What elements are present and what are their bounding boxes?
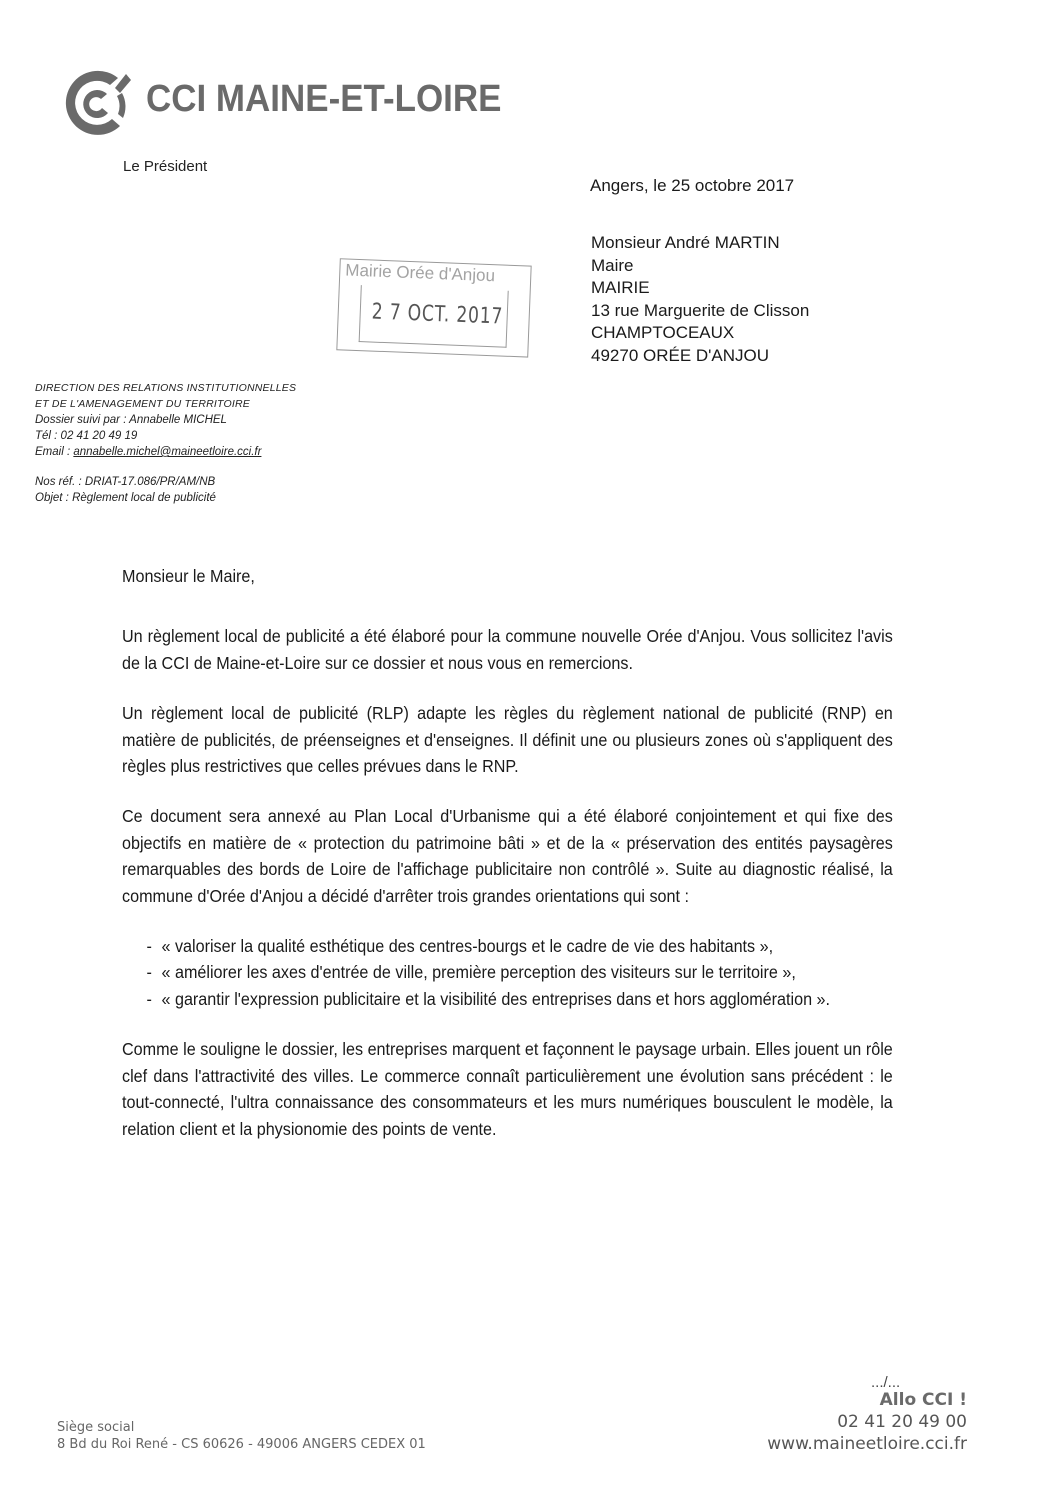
hotline-phone: 02 41 20 49 00 bbox=[837, 1412, 967, 1432]
salutation: Monsieur le Maire, bbox=[122, 563, 893, 589]
paragraph: Comme le souligne le dossier, les entrep… bbox=[122, 1036, 893, 1142]
subject-line: Objet : Règlement local de publicité bbox=[35, 490, 296, 506]
recipient-locality: CHAMPTOCEAUX bbox=[591, 322, 809, 345]
list-item: -« garantir l'expression publicitaire et… bbox=[122, 986, 893, 1012]
headquarters-address: 8 Bd du Roi René - CS 60626 - 49006 ANGE… bbox=[57, 1437, 426, 1452]
sender-title: Le Président bbox=[123, 158, 207, 175]
recipient-role: Maire bbox=[591, 255, 809, 278]
list-item-text: « valoriser la qualité esthétique des ce… bbox=[161, 936, 773, 956]
stamp-date: 2 7 OCT. 2017 bbox=[371, 300, 503, 330]
list-item: -« valoriser la qualité esthétique des c… bbox=[122, 933, 893, 959]
bullet-dash: - bbox=[122, 933, 161, 959]
continued-marker: .../... bbox=[871, 1374, 900, 1391]
contact-email-line: Email : annabelle.michel@maineetloire.cc… bbox=[35, 444, 296, 460]
website-link[interactable]: www.maineetloire.cci.fr bbox=[767, 1434, 967, 1454]
organization-name: CCI MAINE-ET-LOIRE bbox=[146, 78, 501, 121]
headquarters-label: Siège social bbox=[57, 1420, 134, 1435]
recipient-city: 49270 ORÉE D'ANJOU bbox=[591, 345, 809, 368]
email-label: Email : bbox=[35, 446, 73, 458]
department-line-2: ET DE L'AMENAGEMENT DU TERRITOIRE bbox=[35, 396, 296, 412]
recipient-street: 13 rue Marguerite de Clisson bbox=[591, 300, 809, 323]
list-item: -« améliorer les axes d'entrée de ville,… bbox=[122, 959, 893, 985]
bullet-dash: - bbox=[122, 959, 161, 985]
contact-phone: Tél : 02 41 20 49 19 bbox=[35, 428, 296, 444]
followed-by: Dossier suivi par : Annabelle MICHEL bbox=[35, 412, 296, 428]
reception-stamp: Mairie Orée d'Anjou 2 7 OCT. 2017 bbox=[336, 254, 536, 361]
recipient-organization: MAIRIE bbox=[591, 277, 809, 300]
list-item-text: « améliorer les axes d'entrée de ville, … bbox=[161, 962, 795, 982]
paragraph: Un règlement local de publicité a été él… bbox=[122, 623, 893, 676]
cci-logo-icon bbox=[60, 66, 134, 140]
paragraph: Ce document sera annexé au Plan Local d'… bbox=[122, 803, 893, 909]
department-line-1: DIRECTION DES RELATIONS INSTITUTIONNELLE… bbox=[35, 380, 296, 396]
reference-block: DIRECTION DES RELATIONS INSTITUTIONNELLE… bbox=[35, 380, 296, 506]
paragraph: Un règlement local de publicité (RLP) ad… bbox=[122, 700, 893, 779]
letter-body: Monsieur le Maire, Un règlement local de… bbox=[122, 563, 893, 1166]
hotline-label: Allo CCI ! bbox=[880, 1390, 967, 1410]
recipient-address: Monsieur André MARTIN Maire MAIRIE 13 ru… bbox=[591, 232, 809, 367]
email-link[interactable]: annabelle.michel@maineetloire.cci.fr bbox=[73, 446, 261, 458]
recipient-name: Monsieur André MARTIN bbox=[591, 232, 809, 255]
letter-date: Angers, le 25 octobre 2017 bbox=[590, 176, 794, 196]
list-item-text: « garantir l'expression publicitaire et … bbox=[161, 989, 830, 1009]
orientations-list: -« valoriser la qualité esthétique des c… bbox=[122, 933, 893, 1012]
bullet-dash: - bbox=[122, 986, 161, 1012]
our-reference: Nos réf. : DRIAT-17.086/PR/AM/NB bbox=[35, 474, 296, 490]
